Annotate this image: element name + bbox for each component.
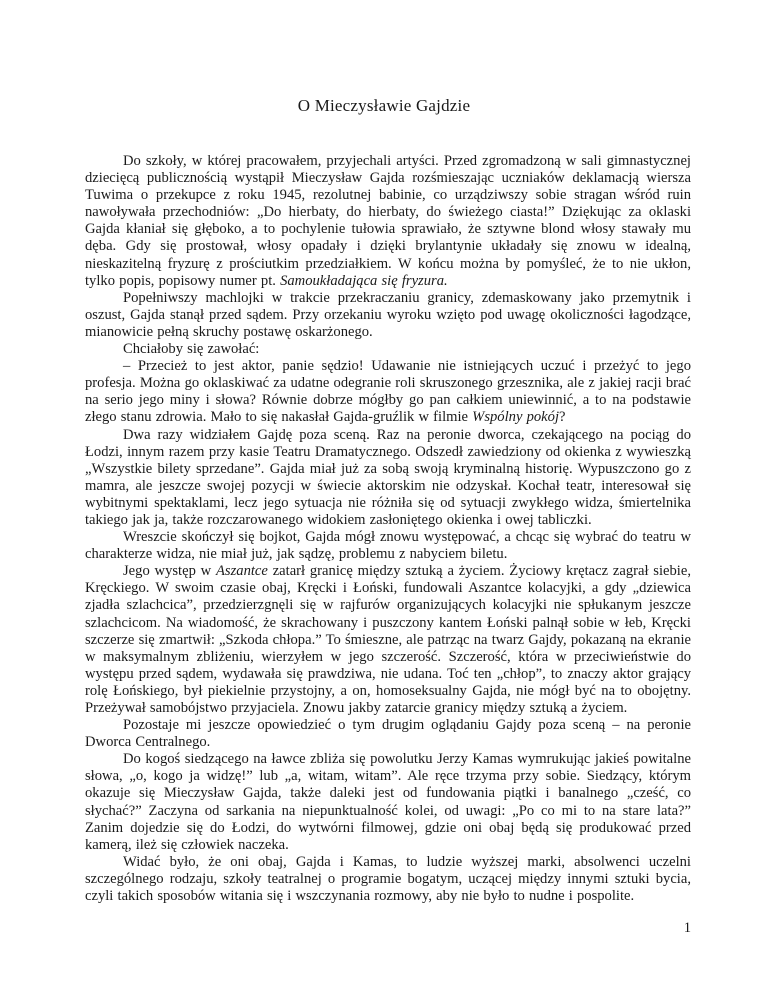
page-number: 1 [657,920,691,937]
document-body: Do szkoły, w której pracowałem, przyjech… [85,153,691,905]
document-page: O Mieczysławie Gajdzie Do szkoły, w któr… [0,0,768,994]
paragraph: Dwa razy widziałem Gajdę poza sceną. Raz… [85,427,691,530]
paragraph: Popełniwszy machlojki w trakcie przekrac… [85,290,691,341]
text-run: Do szkoły, w której pracowałem, przyjech… [85,153,691,289]
text-run: – Przecież to jest aktor, panie sędzio! … [85,358,691,425]
text-run: Popełniwszy machlojki w trakcie przekrac… [85,290,691,340]
text-run: Chciałoby się zawołać: [123,341,259,357]
paragraph: Wreszcie skończył się bojkot, Gajda mógł… [85,529,691,563]
italic-text-run: Samoukładająca się fryzura. [280,273,448,289]
text-run: Dwa razy widziałem Gajdę poza sceną. Raz… [85,427,691,528]
text-run: zatarł granicę między sztuką a życiem. Ż… [85,563,691,716]
text-run: Jego występ w [123,563,216,579]
paragraph: Do szkoły, w której pracowałem, przyjech… [85,153,691,290]
paragraph: Do kogoś siedzącego na ławce zbliża się … [85,751,691,854]
paragraph: Widać było, że oni obaj, Gajda i Kamas, … [85,854,691,905]
paragraph: Chciałoby się zawołać: [85,341,691,358]
text-run: Do kogoś siedzącego na ławce zbliża się … [85,751,691,852]
paragraph: Jego występ w Aszantce zatarł granicę mi… [85,563,691,717]
italic-text-run: Wspólny pokój [472,409,559,425]
text-run: Wreszcie skończył się bojkot, Gajda mógł… [85,529,691,562]
paragraph: – Przecież to jest aktor, panie sędzio! … [85,358,691,426]
text-run: ? [559,409,565,425]
page-title: O Mieczysławie Gajdzie [0,96,768,116]
paragraph: Pozostaje mi jeszcze opowiedzieć o tym d… [85,717,691,751]
text-run: Widać było, że oni obaj, Gajda i Kamas, … [85,854,691,904]
italic-text-run: Aszantce [216,563,268,579]
text-run: Pozostaje mi jeszcze opowiedzieć o tym d… [85,717,691,750]
